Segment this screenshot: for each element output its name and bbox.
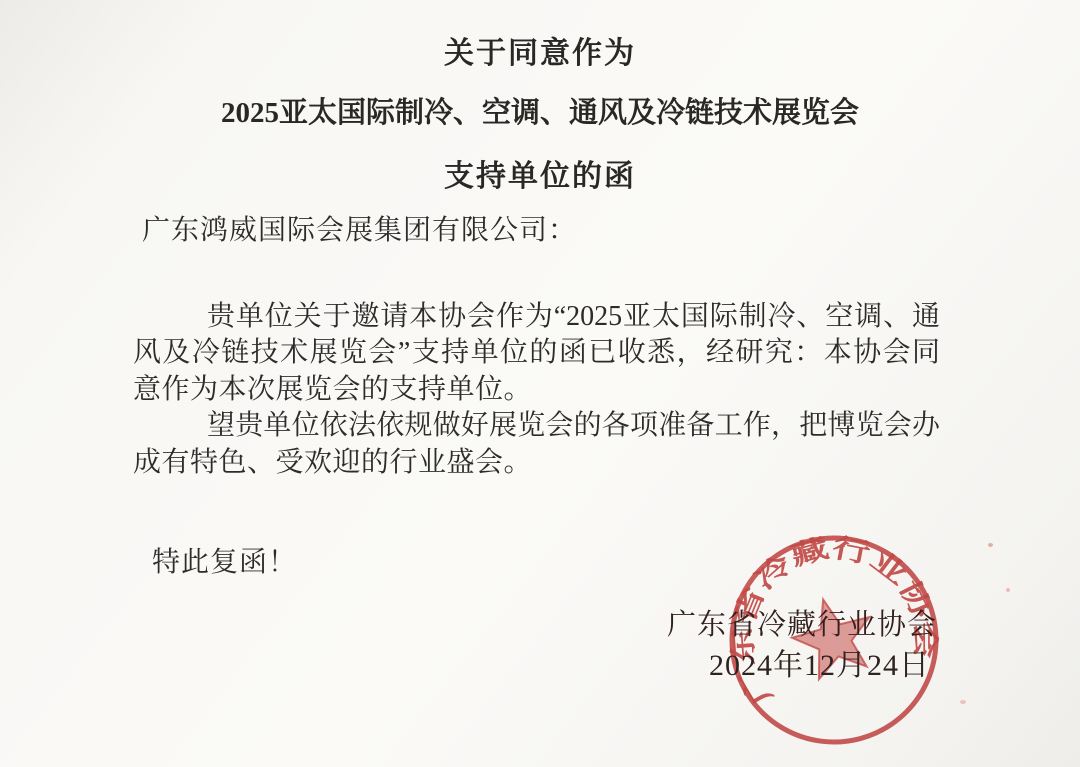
closing-line: 特此复函！ xyxy=(152,540,297,580)
ink-speck xyxy=(988,543,993,547)
signature-organization: 广东省冷藏行业协会 xyxy=(667,602,937,643)
letter-document: 关于同意作为 2025亚太国际制冷、空调、通风及冷链技术展览会 支持单位的函 广… xyxy=(0,0,1080,767)
paragraph2-line-2: 成有特色、受欢迎的行业盛会。 xyxy=(133,445,940,481)
letter-body: 贵单位关于邀请本协会作为“2025亚太国际制冷、空调、通 风及冷链技术展览会”支… xyxy=(133,299,940,481)
paragraph2-line-1: 望贵单位依法依规做好展览会的各项准备工作，把博览会办 xyxy=(133,408,940,444)
signature-date: 2024年12月24日 xyxy=(709,640,930,684)
paragraph1-line-1: 贵单位关于邀请本协会作为“2025亚太国际制冷、空调、通 xyxy=(133,299,940,335)
paragraph1-line-2: 风及冷链技术展览会”支持单位的函已收悉，经研究：本协会同 xyxy=(133,335,940,371)
paragraph1-line-3: 意作为本次展览会的支持单位。 xyxy=(133,372,940,408)
document-title-line-1: 关于同意作为 xyxy=(0,28,1080,72)
ink-speck xyxy=(960,700,966,704)
ink-speck xyxy=(1006,588,1010,592)
document-title-line-2: 2025亚太国际制冷、空调、通风及冷链技术展览会 xyxy=(0,90,1080,131)
document-title-line-3: 支持单位的函 xyxy=(0,151,1080,195)
addressee-line: 广东鸿威国际会展集团有限公司： xyxy=(142,208,577,248)
